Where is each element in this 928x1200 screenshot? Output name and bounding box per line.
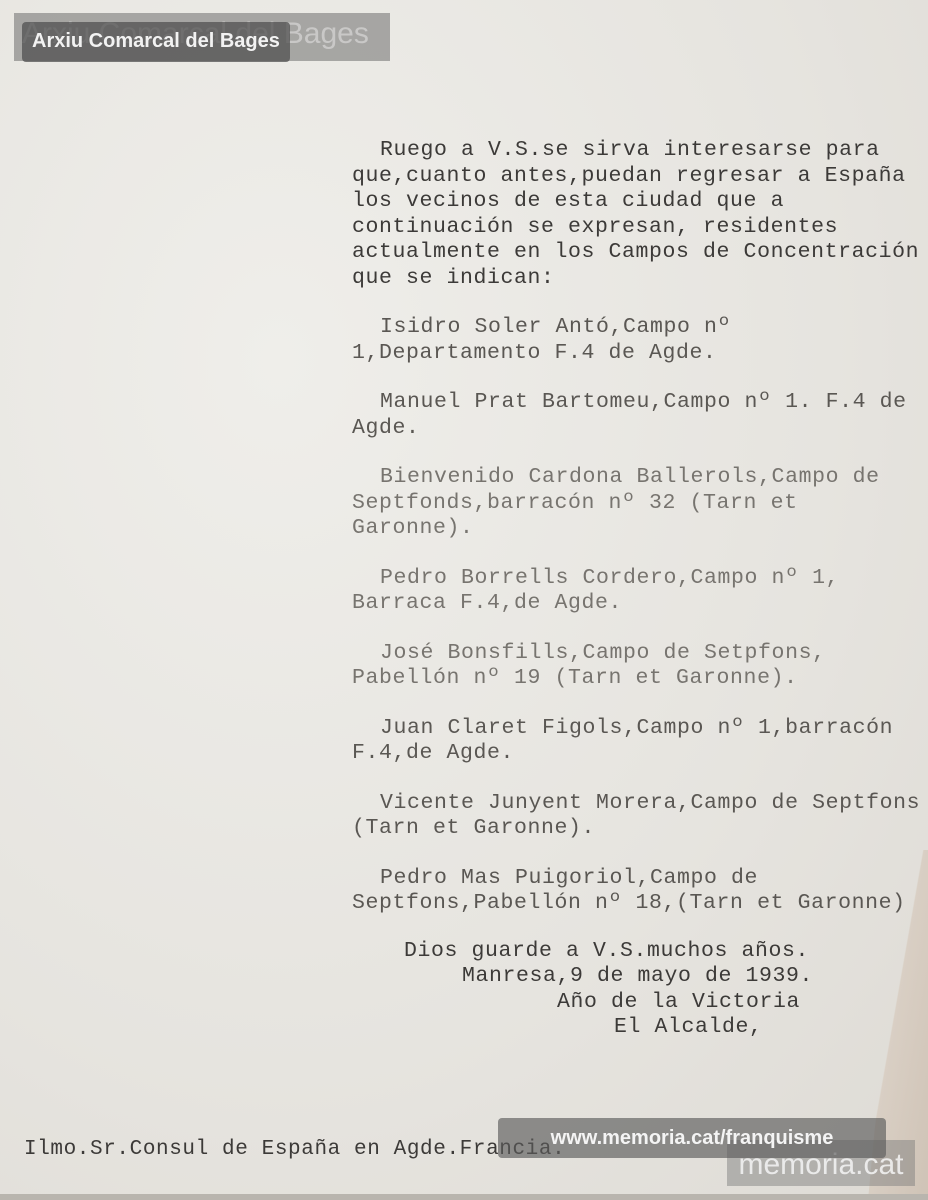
archive-watermark-text: Arxiu Comarcal del Bages <box>22 22 290 62</box>
url-watermark: www.memoria.cat/franquisme <box>498 1118 886 1158</box>
letter-addressee: Ilmo.Sr.Consul de España en Agde.Francia… <box>24 1138 565 1161</box>
page-bottom-edge <box>0 1194 928 1200</box>
list-item: José Bonsfills,Campo de Setpfons, Pabell… <box>352 641 922 692</box>
letter-closing: Dios guarde a V.S.muchos años. Manresa,9… <box>352 939 922 1041</box>
list-item: Manuel Prat Bartomeu,Campo nº 1. F.4 de … <box>352 390 922 441</box>
archive-watermark: Arxiu Comarcal del Bages Arxiu Comarcal … <box>14 13 390 61</box>
letter-intro: Ruego a V.S.se sirva interesarse para qu… <box>352 138 922 291</box>
list-item: Vicente Junyent Morera,Campo de Septfons… <box>352 791 922 842</box>
closing-salutation: Dios guarde a V.S.muchos años. <box>352 939 922 965</box>
list-item: Isidro Soler Antó,Campo nº 1,Departament… <box>352 315 922 366</box>
closing-signatory: El Alcalde, <box>352 1015 922 1041</box>
letter-body: Ruego a V.S.se sirva interesarse para qu… <box>352 138 922 1041</box>
list-item: Pedro Borrells Cordero,Campo nº 1, Barra… <box>352 566 922 617</box>
list-item: Pedro Mas Puigoriol,Campo de Septfons,Pa… <box>352 866 922 917</box>
closing-year-motto: Año de la Victoria <box>352 990 922 1016</box>
list-item: Bienvenido Cardona Ballerols,Campo de Se… <box>352 465 922 542</box>
closing-place-date: Manresa,9 de mayo de 1939. <box>352 964 922 990</box>
list-item: Juan Claret Figols,Campo nº 1,barracón F… <box>352 716 922 767</box>
